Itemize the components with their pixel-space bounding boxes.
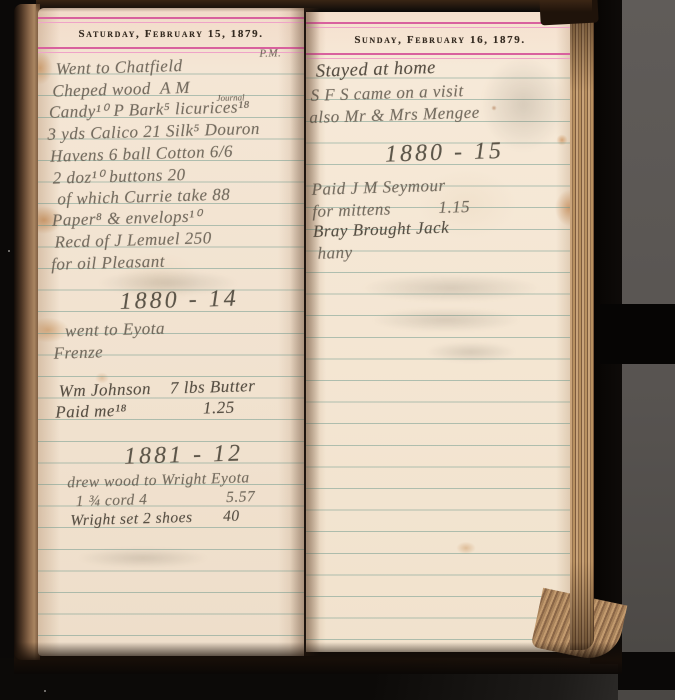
year-heading: 1880 - 15 xyxy=(310,136,579,171)
gutter-shadow xyxy=(290,8,320,656)
handwriting-line: 2 doz¹⁰ buttons 20 xyxy=(52,165,185,189)
bottom-cover-shadow xyxy=(616,652,675,690)
handwriting-line: Wright set 2 shoes 40 xyxy=(70,508,240,531)
handwriting-line: for oil Pleasant xyxy=(51,252,165,275)
handwriting-line: Havens 6 ball Cotton 6/6 xyxy=(50,142,233,167)
book-bottom-shadow xyxy=(14,642,622,674)
handwriting-line: also Mr & Mrs Mengee xyxy=(309,103,480,128)
handwriting-line: Stayed at home xyxy=(316,58,437,83)
handwriting-line: Recd of J Lemuel 250 xyxy=(54,228,212,252)
handwriting-line: hany xyxy=(317,243,353,264)
left-page: Saturday, February 15, 1879. Went to Cha… xyxy=(38,8,304,656)
year-heading: 1881 - 12 xyxy=(50,438,317,472)
diary-scan: Saturday, February 15, 1879. Went to Cha… xyxy=(0,0,675,700)
handwriting-line: went to Eyota xyxy=(65,319,166,342)
book-top-edge xyxy=(36,0,592,12)
handwriting-line: Bray Brought Jack xyxy=(313,218,450,242)
right-page: Sunday, February 16, 1879. Stayed at hom… xyxy=(306,12,574,652)
handwriting-line: Paid J M Seymour xyxy=(311,176,446,200)
dust-speck xyxy=(44,690,46,692)
interline-note: Journal xyxy=(216,92,244,103)
handwriting-line: Cheped wood A M xyxy=(52,78,190,102)
handwriting-line: S F S came on a visit xyxy=(310,81,464,106)
page-fore-edge xyxy=(570,16,594,650)
dust-speck xyxy=(8,250,10,252)
handwriting-line: Paid me¹⁸ 1.25 xyxy=(55,398,235,423)
handwriting-line: Went to Chatfield xyxy=(55,56,182,80)
handwriting-line: Paper⁸ & envelops¹⁰ xyxy=(52,207,203,231)
book-clasp-strap xyxy=(600,304,675,364)
handwriting-block: Went to Chatfield P.M. Cheped wood A M C… xyxy=(38,1,322,656)
handwriting-block: Stayed at home S F S came on a visit als… xyxy=(306,4,594,652)
handwriting-line: of which Currie take 88 xyxy=(57,185,230,210)
pm-superscript: P.M. xyxy=(259,47,281,60)
left-binding-edge xyxy=(14,4,40,660)
year-heading: 1880 - 14 xyxy=(46,283,313,317)
handwriting-line: Frenze xyxy=(53,342,103,363)
